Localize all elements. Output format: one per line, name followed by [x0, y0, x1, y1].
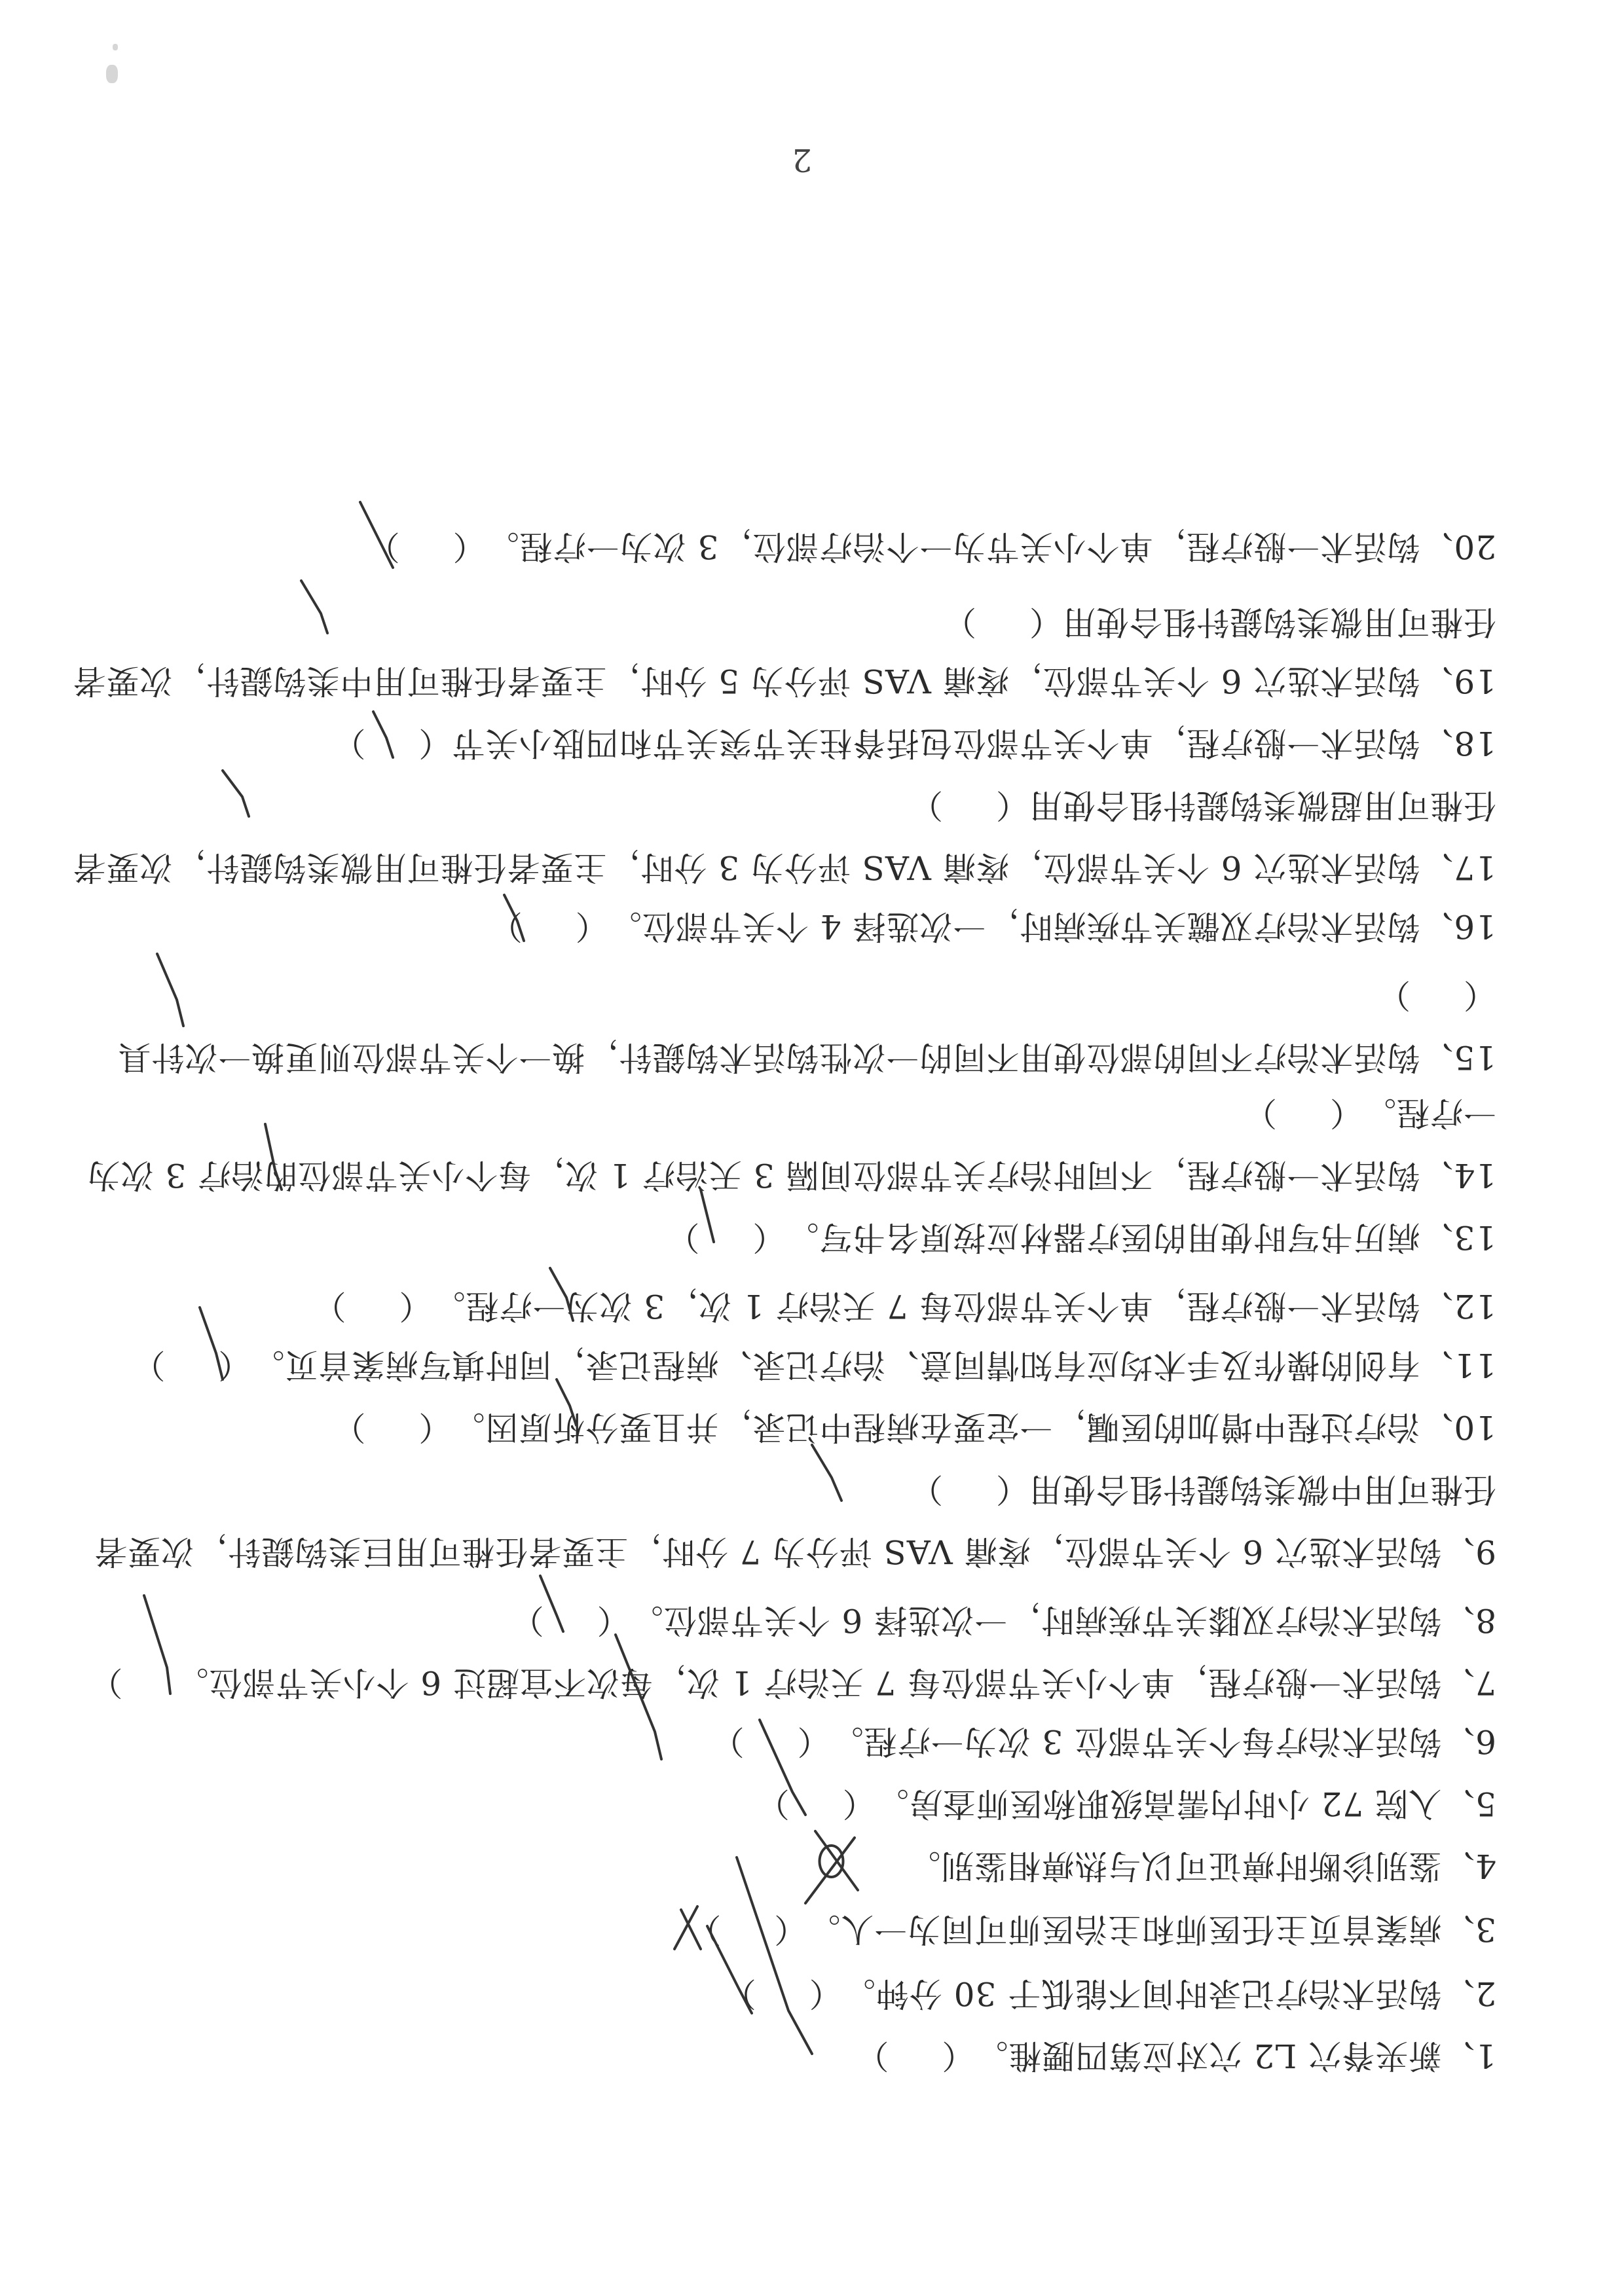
- check-icon: [812, 1445, 841, 1501]
- answer-mark: √: [544, 1601, 597, 1640]
- question-text: 病历书写时使用的医疗器材应按原名书写。: [785, 1218, 1420, 1256]
- question-text: 钩活术治疗记录时间不能低于 30 分钟。: [842, 1975, 1441, 2013]
- question-4: 4、鉴别诊断时痹证可以与热痹相鉴别。×: [855, 1846, 1496, 1886]
- answer-mark: √: [122, 1663, 175, 1702]
- question-text: 钩活术一般疗程，单个关节部位每 7 天治疗 1 次，3 次为一疗程。: [432, 1287, 1420, 1325]
- answer-mark: √: [1277, 1093, 1329, 1133]
- question-text: 钩活术一般疗程，单个小关节为一个治疗部位，3 次为一疗程。: [486, 528, 1420, 566]
- question-13: 13、病历书写时使用的医疗器材应按原名书写。（√）: [666, 1218, 1496, 1257]
- answer-paren: （√）: [1244, 1093, 1363, 1133]
- question-text: 治疗过程中增加的医嘱，一定要在病程中记录，并且要分析原因。: [451, 1408, 1420, 1446]
- question-text: 病案首页主任医师和主治医师可同为一人。: [807, 1910, 1441, 1948]
- answer-mark: √: [699, 1218, 752, 1257]
- question-6: 6、钩活术治疗每个关节部位 3 次为一疗程。（√）: [711, 1722, 1496, 1761]
- check-icon: [157, 954, 183, 1026]
- question-number: 5、: [1441, 1784, 1496, 1823]
- question-text: 钩活术一般疗程，单个关节部位包括脊柱关节突关节和四肢小关节: [451, 724, 1420, 762]
- question-11: 11、有创的操作及手术均应有知情同意、治疗记录、病程记录，同时填写病案首页。（√…: [132, 1345, 1496, 1385]
- answer-mark: √: [745, 1722, 797, 1761]
- question-1: 1、新夹脊穴 L2 穴对应第四腰椎。（√）: [855, 2036, 1496, 2075]
- question-text: 钩活术一般疗程，不同时治疗关节部位间隔 3 天治疗 1 次，每个小关节部位的治疗…: [87, 1156, 1420, 1194]
- check-icon: [301, 581, 327, 633]
- question-8: 8、钩活术治疗双膝关节疾病时，一次选择 6 个关节部位。（√）: [511, 1601, 1496, 1640]
- answer-mark: √: [889, 2036, 941, 2075]
- check-icon: [737, 1857, 812, 2054]
- question-16: 16、钩活术治疗双髋关节疾病时，一次选择 4 个关节部位。（√）: [489, 907, 1496, 946]
- question-14: 14、钩活术一般疗程，不同时治疗关节部位间隔 3 天治疗 1 次，每个小关节部位…: [87, 1156, 1496, 1195]
- answer-paren: （√）: [855, 2036, 974, 2075]
- answer-paren: （√）: [711, 1722, 830, 1761]
- question-number: 18、: [1420, 723, 1496, 763]
- question-2: 2、钩活术治疗记录时间不能低于 30 分钟。（√）: [723, 1974, 1496, 2013]
- question-number: 15、: [1420, 1038, 1496, 1077]
- page-number: 2: [792, 141, 812, 178]
- answer-paren: （√）: [367, 527, 486, 566]
- question-text: 有创的操作及手术均应有知情同意、治疗记录、病程记录，同时填写病案首页。: [251, 1346, 1420, 1384]
- answer-mark: √: [1411, 975, 1463, 1015]
- answer-mark: ×: [721, 1910, 773, 1949]
- answer-mark: √: [790, 1784, 842, 1823]
- question-number: 10、: [1420, 1408, 1496, 1447]
- question-text: 任椎可用中微类钩鍉针组合使用: [1029, 1470, 1496, 1508]
- question-20: 20、钩活术一般疗程，单个小关节为一个治疗部位，3 次为一疗程。（√）: [367, 527, 1496, 566]
- question-text: 钩活术治疗双髋关节疾病时，一次选择 4 个关节部位。: [608, 907, 1420, 945]
- question-text: 钩活术选穴 6 个关节部位，疼痛 VAS 评分为 7 分时，主要者任椎可用巨类钩…: [94, 1533, 1441, 1571]
- question-3: 3、病案首页主任医师和主治医师可同为一人。（×）: [688, 1910, 1496, 1949]
- question-text: 任椎可用微类钩鍉针组合使用: [1062, 603, 1496, 641]
- question-number: 16、: [1420, 907, 1496, 946]
- answer-mark: √: [943, 1470, 995, 1509]
- answer-mark: ×: [855, 1846, 907, 1886]
- question-15: 15、钩活术治疗不同的部位使用不同的一次性钩活术钩鍉针，换一个关节部位则更换一次…: [117, 1038, 1496, 1077]
- question-number: 11、: [1420, 1345, 1496, 1385]
- question-18: 18、钩活术一般疗程，单个关节部位包括脊柱关节突关节和四肢小关节（√）: [332, 723, 1496, 763]
- answer-paren: （√）: [666, 1218, 785, 1257]
- answer-mark: √: [400, 527, 452, 566]
- question-10: 10、治疗过程中增加的医嘱，一定要在病程中记录，并且要分析原因。（√）: [332, 1408, 1496, 1447]
- answer-mark: √: [943, 786, 995, 825]
- question-5: 5、入院 72 小时内需高级职称医师查房。（√）: [756, 1784, 1496, 1823]
- question-text: 钩活术一般疗程，单个小关节部位每 7 天治疗 1 次，每次不宜超过 6 个小关节…: [175, 1664, 1441, 1702]
- question-text: 新夹脊穴 L2 穴对应第四腰椎。: [974, 2037, 1441, 2075]
- answer-paren: （√）: [132, 1345, 251, 1385]
- question-17-continued: 任椎可用超微类钩鍉针组合使用（√）: [910, 786, 1496, 825]
- question-number: 17、: [1420, 848, 1496, 887]
- question-number: 3、: [1441, 1910, 1496, 1949]
- question-19: 19、钩活术选穴 6 个关节部位，疼痛 VAS 评分为 5 分时，主要者任椎可用…: [72, 661, 1496, 701]
- answer-mark: √: [346, 1286, 398, 1326]
- scan-smudge: [106, 65, 118, 83]
- answer-paren: （√）: [756, 1784, 876, 1823]
- answer-paren: （√）: [1377, 975, 1496, 1015]
- question-number: 7、: [1441, 1663, 1496, 1702]
- question-number: 19、: [1420, 661, 1496, 701]
- question-number: 4、: [1441, 1846, 1496, 1886]
- check-icon: [223, 771, 249, 816]
- answer-paren: （√）: [910, 1470, 1029, 1509]
- question-text: 入院 72 小时内需高级职称医师查房。: [876, 1785, 1441, 1823]
- question-17: 17、钩活术选穴 6 个关节部位，疼痛 VAS 评分为 3 分时，主要者任椎可用…: [72, 848, 1496, 887]
- question-12: 12、钩活术一般疗程，单个关节部位每 7 天治疗 1 次，3 次为一疗程。（√）: [312, 1286, 1496, 1326]
- answer-mark: √: [756, 1974, 809, 2013]
- answer-paren: （×）: [688, 1910, 807, 1949]
- question-text: 钩活术选穴 6 个关节部位，疼痛 VAS 评分为 3 分时，主要者任椎可用微类钩…: [72, 848, 1420, 886]
- scan-smudge: [113, 44, 118, 50]
- answer-paren: （√）: [312, 1286, 432, 1326]
- question-number: 1、: [1441, 2036, 1496, 2075]
- scanned-page: 2 1、新夹脊穴 L2 穴对应第四腰椎。（√） 2、钩活术治疗记录时间不能低于 …: [0, 0, 1624, 2296]
- answer-mark: √: [165, 1345, 217, 1385]
- question-number: 14、: [1420, 1156, 1496, 1195]
- answer-paren: （√）: [332, 723, 451, 763]
- question-text: 钩活术治疗不同的部位使用不同的一次性钩活术钩鍉针，换一个关节部位则更换一次针具: [117, 1038, 1420, 1076]
- answer-paren: （√）: [489, 907, 608, 946]
- answer-mark: √: [976, 602, 1029, 642]
- question-number: 12、: [1420, 1286, 1496, 1326]
- answer-mark: √: [523, 907, 575, 946]
- answer-paren: √）: [89, 1663, 175, 1702]
- answer-paren: （√）: [511, 1601, 630, 1640]
- question-text: 一疗程。: [1363, 1094, 1496, 1132]
- answer-paren: （√）: [910, 786, 1029, 825]
- question-number: 6、: [1441, 1722, 1496, 1761]
- answer-paren: （√）: [723, 1974, 842, 2013]
- question-text: 钩活术治疗每个关节部位 3 次为一疗程。: [830, 1722, 1442, 1760]
- question-7: 7、钩活术一般疗程，单个小关节部位每 7 天治疗 1 次，每次不宜超过 6 个小…: [89, 1663, 1496, 1702]
- question-9-continued: 任椎可用中微类钩鍉针组合使用（√）: [910, 1470, 1496, 1509]
- question-15-continued: （√）: [1377, 975, 1496, 1015]
- answer-paren: （√）: [943, 602, 1062, 642]
- question-number: 2、: [1441, 1974, 1496, 2013]
- question-text: 鉴别诊断时痹证可以与热痹相鉴别。: [907, 1847, 1441, 1885]
- question-9: 9、钩活术选穴 6 个关节部位，疼痛 VAS 评分为 7 分时，主要者任椎可用巨…: [94, 1532, 1496, 1571]
- question-text: 钩活术选穴 6 个关节部位，疼痛 VAS 评分为 5 分时，主要者任椎可用中类钩…: [72, 662, 1420, 700]
- question-text: 任椎可用超微类钩鍉针组合使用: [1029, 786, 1496, 824]
- question-number: 8、: [1441, 1601, 1496, 1640]
- question-text: 钩活术治疗双膝关节疾病时，一次选择 6 个关节部位。: [630, 1601, 1442, 1639]
- question-number: 13、: [1420, 1218, 1496, 1257]
- handwritten-check-marks: [0, 0, 1624, 2296]
- answer-mark: √: [365, 723, 418, 763]
- question-19-continued: 任椎可用微类钩鍉针组合使用（√）: [943, 602, 1496, 642]
- answer-mark: √: [365, 1408, 418, 1447]
- cross-icon: [805, 1831, 858, 1903]
- question-number: 9、: [1441, 1532, 1496, 1571]
- question-number: 20、: [1420, 527, 1496, 566]
- question-14-continued: 一疗程。（√）: [1244, 1093, 1496, 1133]
- answer-paren: （√）: [332, 1408, 451, 1447]
